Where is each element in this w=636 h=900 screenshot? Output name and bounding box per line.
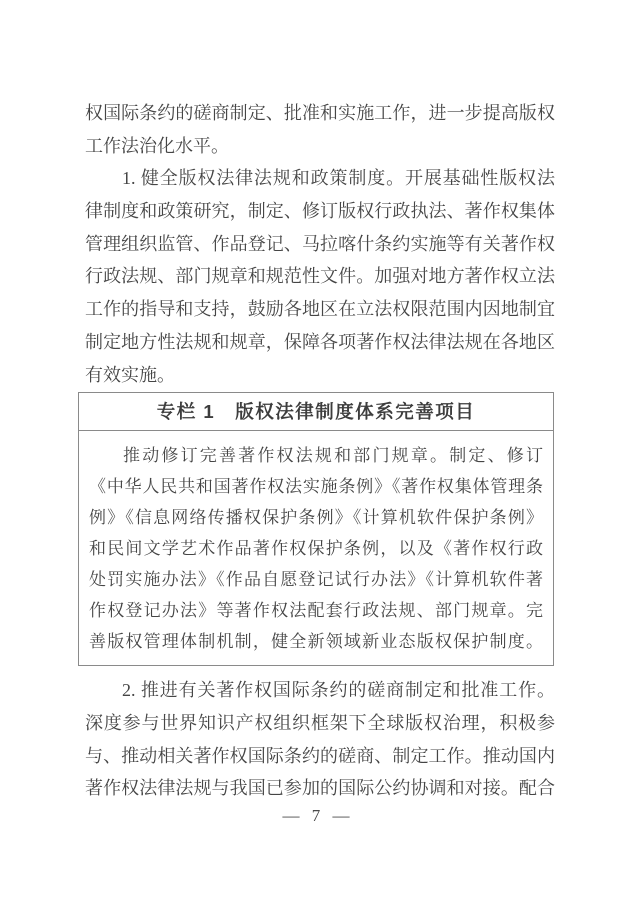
callout-box-title: 专栏 1 版权法律制度体系完善项目: [79, 393, 553, 431]
text-line: 处罚实施办法》《作品自愿登记试行办法》《计算机软件著: [89, 564, 543, 595]
text-line: 工作的指导和支持，鼓励各地区在立法权限范围内因地制宜: [85, 293, 555, 326]
text-line: 例》《信息网络传播权保护条例》《计算机软件保护条例》: [89, 502, 543, 533]
text-line: 善版权管理体制机制，健全新领域新业态版权保护制度。: [89, 626, 543, 657]
text-line: 与、推动相关著作权国际条约的磋商、制定工作。推动国内: [85, 740, 555, 773]
page-number: — 7 —: [0, 806, 636, 826]
callout-box-body: 推动修订完善著作权法规和部门规章。制定、修订 《中华人民共和国著作权法实施条例》…: [79, 431, 553, 665]
text-line: 权国际条约的磋商制定、批准和实施工作，进一步提高版权: [85, 97, 555, 130]
text-line: 《中华人民共和国著作权法实施条例》《著作权集体管理条: [89, 471, 543, 502]
document-page: 权国际条约的磋商制定、批准和实施工作，进一步提高版权 工作法治化水平。 1. 健…: [0, 0, 636, 900]
text-line: 工作法治化水平。: [85, 130, 555, 163]
paragraph-item1: 1. 健全版权法律法规和政策制度。开展基础性版权法 律制度和政策研究，制定、修订…: [85, 162, 555, 391]
text-line: 1. 健全版权法律法规和政策制度。开展基础性版权法: [85, 162, 555, 195]
text-line: 行政法规、部门规章和规范性文件。加强对地方著作权立法: [85, 260, 555, 293]
text-line: 制定地方性法规和规章，保障各项著作权法律法规在各地区: [85, 326, 555, 359]
text-line: 作权登记办法》等著作权法配套行政法规、部门规章。完: [89, 595, 543, 626]
text-line: 管理组织监管、作品登记、马拉喀什条约实施等有关著作权: [85, 228, 555, 261]
text-line: 律制度和政策研究，制定、修订版权行政执法、著作权集体: [85, 195, 555, 228]
text-line: 和民间文学艺术作品著作权保护条例，以及《著作权行政: [89, 533, 543, 564]
text-line: 2. 推进有关著作权国际条约的磋商制定和批准工作。: [85, 674, 555, 707]
text-line: 有效实施。: [85, 359, 555, 392]
page-content: 权国际条约的磋商制定、批准和实施工作，进一步提高版权 工作法治化水平。 1. 健…: [85, 97, 555, 805]
paragraph-intro: 权国际条约的磋商制定、批准和实施工作，进一步提高版权 工作法治化水平。: [85, 97, 555, 162]
callout-box: 专栏 1 版权法律制度体系完善项目 推动修订完善著作权法规和部门规章。制定、修订…: [78, 392, 554, 666]
text-line: 深度参与世界知识产权组织框架下全球版权治理，积极参: [85, 707, 555, 740]
text-line: 推动修订完善著作权法规和部门规章。制定、修订: [89, 440, 543, 471]
paragraph-item2: 2. 推进有关著作权国际条约的磋商制定和批准工作。 深度参与世界知识产权组织框架…: [85, 674, 555, 805]
text-line: 著作权法律法规与我国已参加的国际公约协调和对接。配合: [85, 772, 555, 805]
